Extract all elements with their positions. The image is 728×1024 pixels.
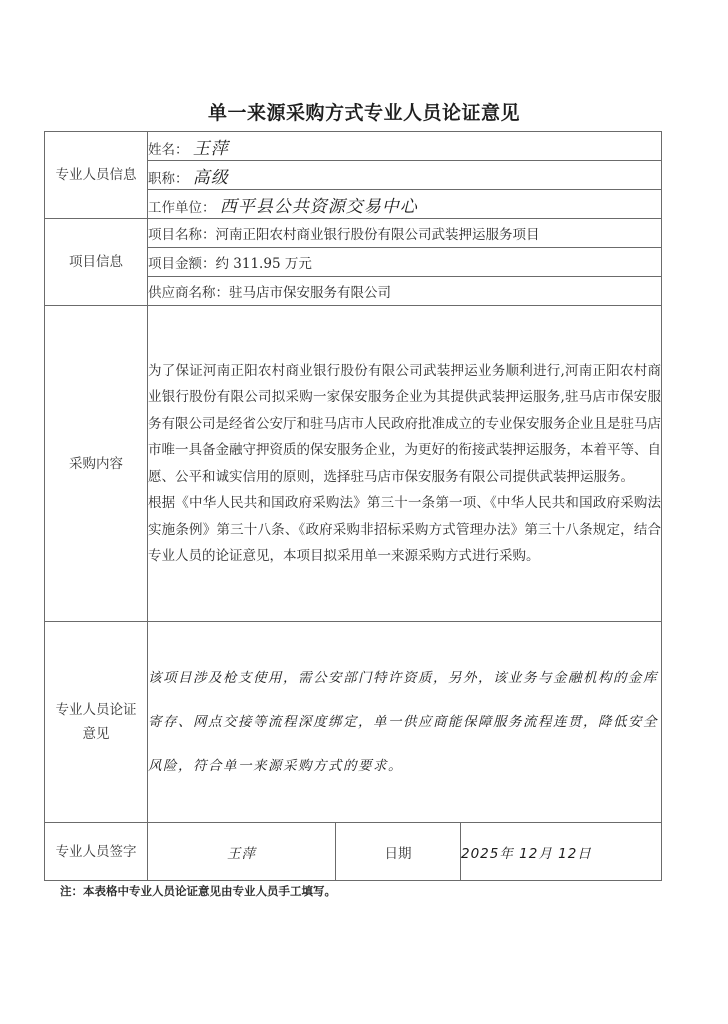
signature-value: 王萍 [148,823,336,881]
supplier-field: 供应商名称：驻马店市保安服务有限公司 [148,277,662,306]
expert-opinion-row: 专业人员论证 意见 该项目涉及枪支使用，需公安部门特许资质，另外，该业务与金融机… [45,622,662,823]
name-value: 王萍 [193,139,229,159]
project-name-field: 项目名称：河南正阳农村商业银行股份有限公司武装押运服务项目 [148,219,662,248]
signature-label: 专业人员签字 [45,823,148,881]
document-title: 单一来源采购方式专业人员论证意见 [0,98,728,125]
justification-form: 专业人员信息 姓名： 王萍 职称： 高级 工作单位： 西平县公共资源交易中心 项… [44,131,662,881]
name-label: 姓名： [148,142,189,158]
procurement-content-body: 为了保证河南正阳农村商业银行股份有限公司武装押运业务顺利进行,河南正阳农村商业银… [148,306,662,622]
name-row: 专业人员信息 姓名： 王萍 [45,132,662,161]
amount-label: 项目金额： [148,256,216,272]
signature-row: 专业人员签字 王萍 日期 2025年 12月 12日 [45,823,662,881]
name-field: 姓名： 王萍 [148,132,662,161]
procurement-paragraph-2: 根据《中华人民共和国政府采购法》第三十一条第一项、《中华人民共和国政府采购法实施… [148,490,661,570]
procurement-paragraph-1: 为了保证河南正阳农村商业银行股份有限公司武装押运业务顺利进行,河南正阳农村商业银… [148,358,661,491]
expert-opinion-label-line2: 意见 [45,722,147,746]
amount-field: 项目金额：约 311.95 万元 [148,248,662,277]
supplier-value: 驻马店市保安服务有限公司 [229,285,391,301]
employer-field: 工作单位： 西平县公共资源交易中心 [148,190,662,219]
expert-opinion-label-line1: 专业人员论证 [45,698,147,722]
expert-opinion-text: 该项目涉及枪支使用，需公安部门特许资质，另外，该业务与金融机构的金库寄存、网点交… [148,622,662,823]
title-value: 高级 [193,168,229,188]
footnote: 注：本表格中专业人员论证意见由专业人员手工填写。 [60,883,336,899]
project-name-value: 河南正阳农村商业银行股份有限公司武装押运服务项目 [216,227,540,243]
date-label: 日期 [336,823,461,881]
procurement-content-label: 采购内容 [45,306,148,622]
supplier-label: 供应商名称： [148,285,229,301]
procurement-content-row: 采购内容 为了保证河南正阳农村商业银行股份有限公司武装押运业务顺利进行,河南正阳… [45,306,662,622]
title-field: 职称： 高级 [148,161,662,190]
expert-opinion-label: 专业人员论证 意见 [45,622,148,823]
project-info-label: 项目信息 [45,219,148,306]
employer-label: 工作单位： [148,200,216,216]
project-name-label: 项目名称： [148,227,216,243]
expert-info-label: 专业人员信息 [45,132,148,219]
project-name-row: 项目信息 项目名称：河南正阳农村商业银行股份有限公司武装押运服务项目 [45,219,662,248]
date-value: 2025年 12月 12日 [461,823,662,881]
amount-value: 约 311.95 万元 [216,256,312,272]
employer-value: 西平县公共资源交易中心 [220,197,418,217]
title-label: 职称： [148,171,189,187]
